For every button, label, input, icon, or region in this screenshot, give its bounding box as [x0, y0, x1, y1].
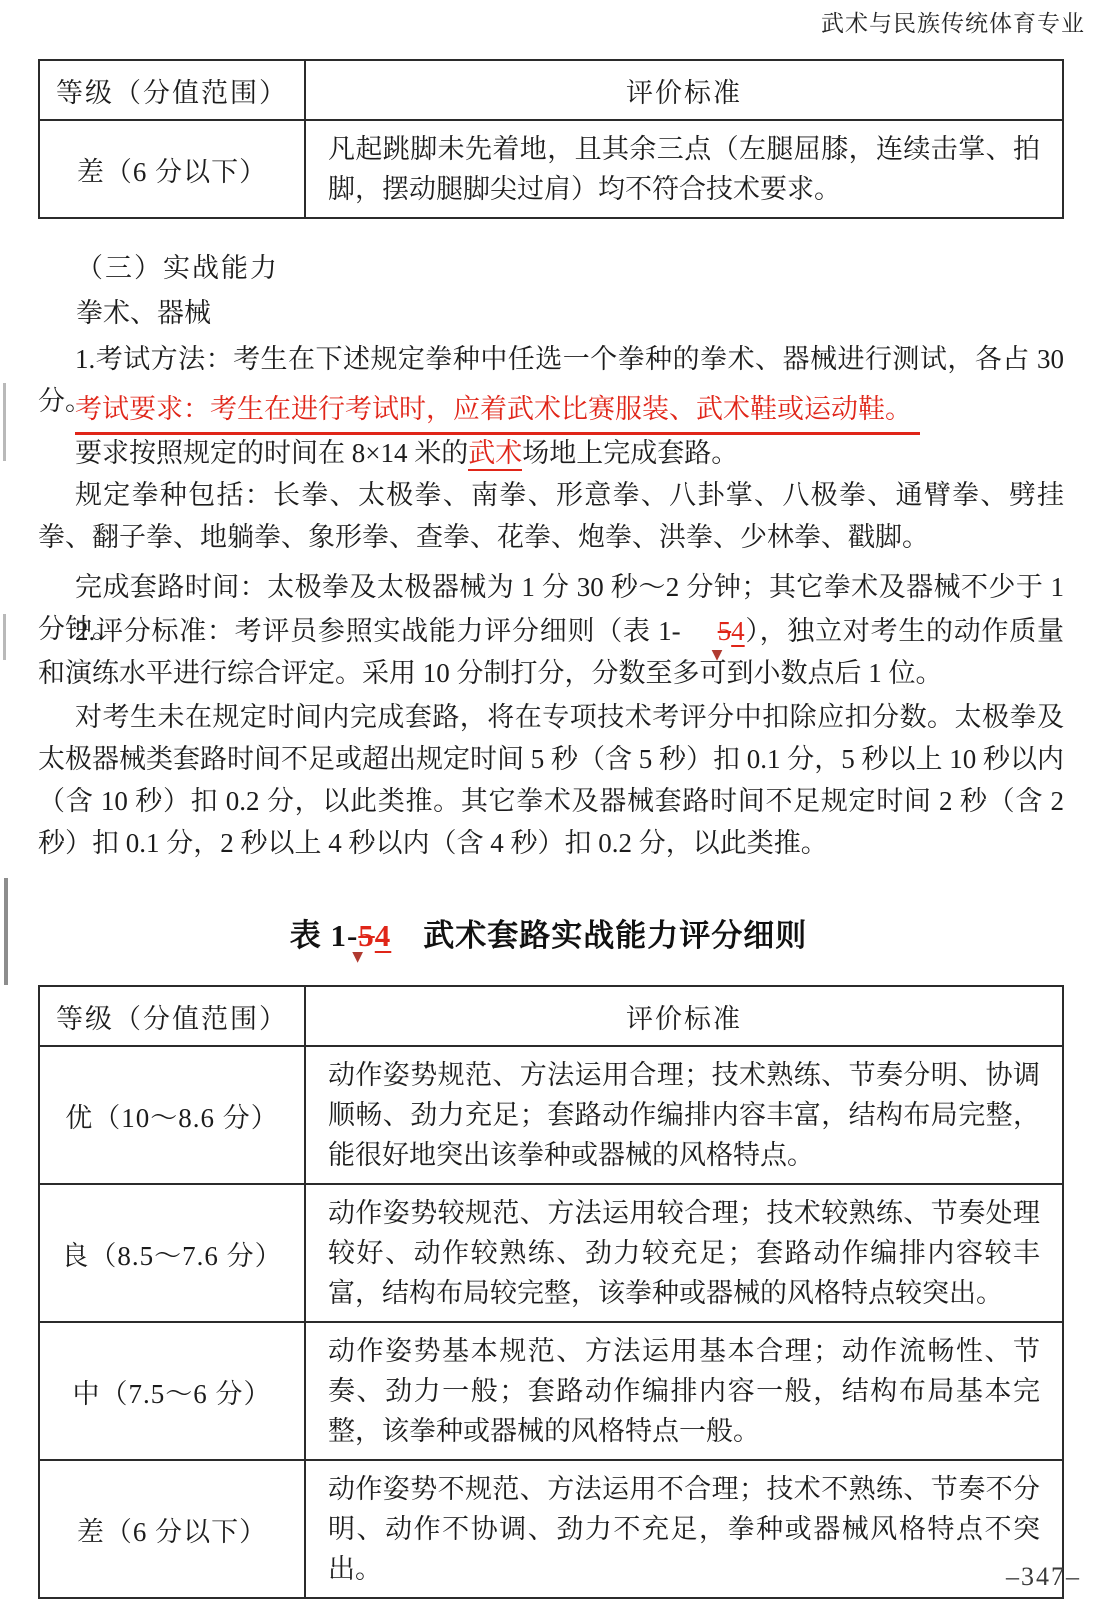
subheading: 拳术、器械	[76, 292, 1064, 334]
scoring-table: 等级（分值范围） 评价标准 优（10～8.6 分） 动作姿势规范、方法运用合理；…	[38, 985, 1064, 1599]
section-heading: （三）实战能力	[76, 246, 279, 285]
grade-cell: 优（10～8.6 分）	[39, 1046, 305, 1184]
table-header-row: 等级（分值范围） 评价标准	[39, 986, 1063, 1046]
paragraph-scoring-standard: 2.评分标准：考评员参照实战能力评分细则（表 1-▼54），独立对考生的动作质量…	[38, 610, 1064, 694]
paragraph-venue: 要求按照规定的时间在 8×14 米的武术场地上完成套路。	[38, 432, 1064, 474]
deleted-text: 5	[358, 918, 375, 953]
criteria-cell: 动作姿势基本规范、方法运用基本合理；动作流畅性、节奏、劲力一般；套路动作编排内容…	[305, 1322, 1063, 1460]
paragraph-inserted-requirement: 考试要求：考生在进行考试时，应着武术比赛服装、武术鞋或运动鞋。	[38, 388, 1064, 435]
inserted-text: 武术	[468, 438, 522, 471]
table-row: 差（6 分以下） 凡起跳脚未先着地，且其余三点（左腿屈膝，连续击掌、拍脚，摆动腿…	[39, 120, 1063, 218]
table-header-row: 等级（分值范围） 评价标准	[39, 60, 1063, 120]
criteria-cell: 动作姿势规范、方法运用合理；技术熟练、节奏分明、协调顺畅、劲力充足；套路动作编排…	[305, 1046, 1063, 1184]
criteria-cell: 动作姿势不规范、方法运用不合理；技术不熟练、节奏不分明、动作不协调、劲力不充足，…	[305, 1460, 1063, 1598]
inserted-text: 考试要求：考生在进行考试时，应着武术比赛服装、武术鞋或运动鞋。	[75, 388, 920, 435]
table-row: 差（6 分以下） 动作姿势不规范、方法运用不合理；技术不熟练、节奏不分明、动作不…	[39, 1460, 1063, 1598]
deleted-text: 5	[718, 616, 732, 646]
paragraph-boxing-styles: 规定拳种包括：长拳、太极拳、南拳、形意拳、八卦掌、八极拳、通臂拳、劈挂拳、翻子拳…	[38, 474, 1064, 558]
criteria-cell: 凡起跳脚未先着地，且其余三点（左腿屈膝，连续击掌、拍脚，摆动腿脚尖过肩）均不符合…	[305, 120, 1063, 218]
revision-caret-icon: ▼	[352, 950, 364, 964]
inserted-text: 4	[375, 918, 392, 953]
revision-caret-icon: ▼	[675, 648, 723, 662]
caption-prefix: 表 1-	[290, 918, 359, 953]
paragraph-deduction-rules: 对考生未在规定时间内完成套路，将在专项技术考评分中扣除应扣分数。太极拳及太极器械…	[38, 696, 1064, 864]
running-header: 武术与民族传统体育专业	[0, 5, 1085, 38]
criteria-column-header: 评价标准	[305, 60, 1063, 120]
revision-group: ▼54	[681, 610, 745, 652]
grade-cell: 差（6 分以下）	[39, 120, 305, 218]
criteria-cell: 动作姿势较规范、方法运用较合理；技术较熟练、节奏处理较好、动作较熟练、劲力较充足…	[305, 1184, 1063, 1322]
text-run: 场地上完成套路。	[522, 438, 738, 468]
grade-cell: 中（7.5～6 分）	[39, 1322, 305, 1460]
criteria-column-header: 评价标准	[305, 986, 1063, 1046]
caption-title: 武术套路实战能力评分细则	[423, 918, 807, 953]
table-row: 良（8.5～7.6 分） 动作姿势较规范、方法运用较合理；技术较熟练、节奏处理较…	[39, 1184, 1063, 1322]
revision-group: ▼54	[358, 918, 391, 954]
change-bar	[3, 614, 6, 660]
table-row: 优（10～8.6 分） 动作姿势规范、方法运用合理；技术熟练、节奏分明、协调顺畅…	[39, 1046, 1063, 1184]
change-bar	[3, 383, 6, 461]
grade-cell: 良（8.5～7.6 分）	[39, 1184, 305, 1322]
document-page: 武术与民族传统体育专业 等级（分值范围） 评价标准 差（6 分以下） 凡起跳脚未…	[0, 0, 1097, 1600]
text-run: 要求按照规定的时间在 8×14 米的	[75, 438, 468, 468]
table-row: 中（7.5～6 分） 动作姿势基本规范、方法运用基本合理；动作流畅性、节奏、劲力…	[39, 1322, 1063, 1460]
grade-cell: 差（6 分以下）	[39, 1460, 305, 1598]
text-run: 2.评分标准：考评员参照实战能力评分细则（表 1-	[75, 616, 681, 646]
page-number: –347–	[1006, 1562, 1081, 1592]
grade-column-header: 等级（分值范围）	[39, 986, 305, 1046]
table-caption: 表 1-▼54武术套路实战能力评分细则	[0, 910, 1097, 955]
inserted-text: 4	[731, 616, 745, 646]
grade-column-header: 等级（分值范围）	[39, 60, 305, 120]
continuation-table: 等级（分值范围） 评价标准 差（6 分以下） 凡起跳脚未先着地，且其余三点（左腿…	[38, 59, 1064, 219]
